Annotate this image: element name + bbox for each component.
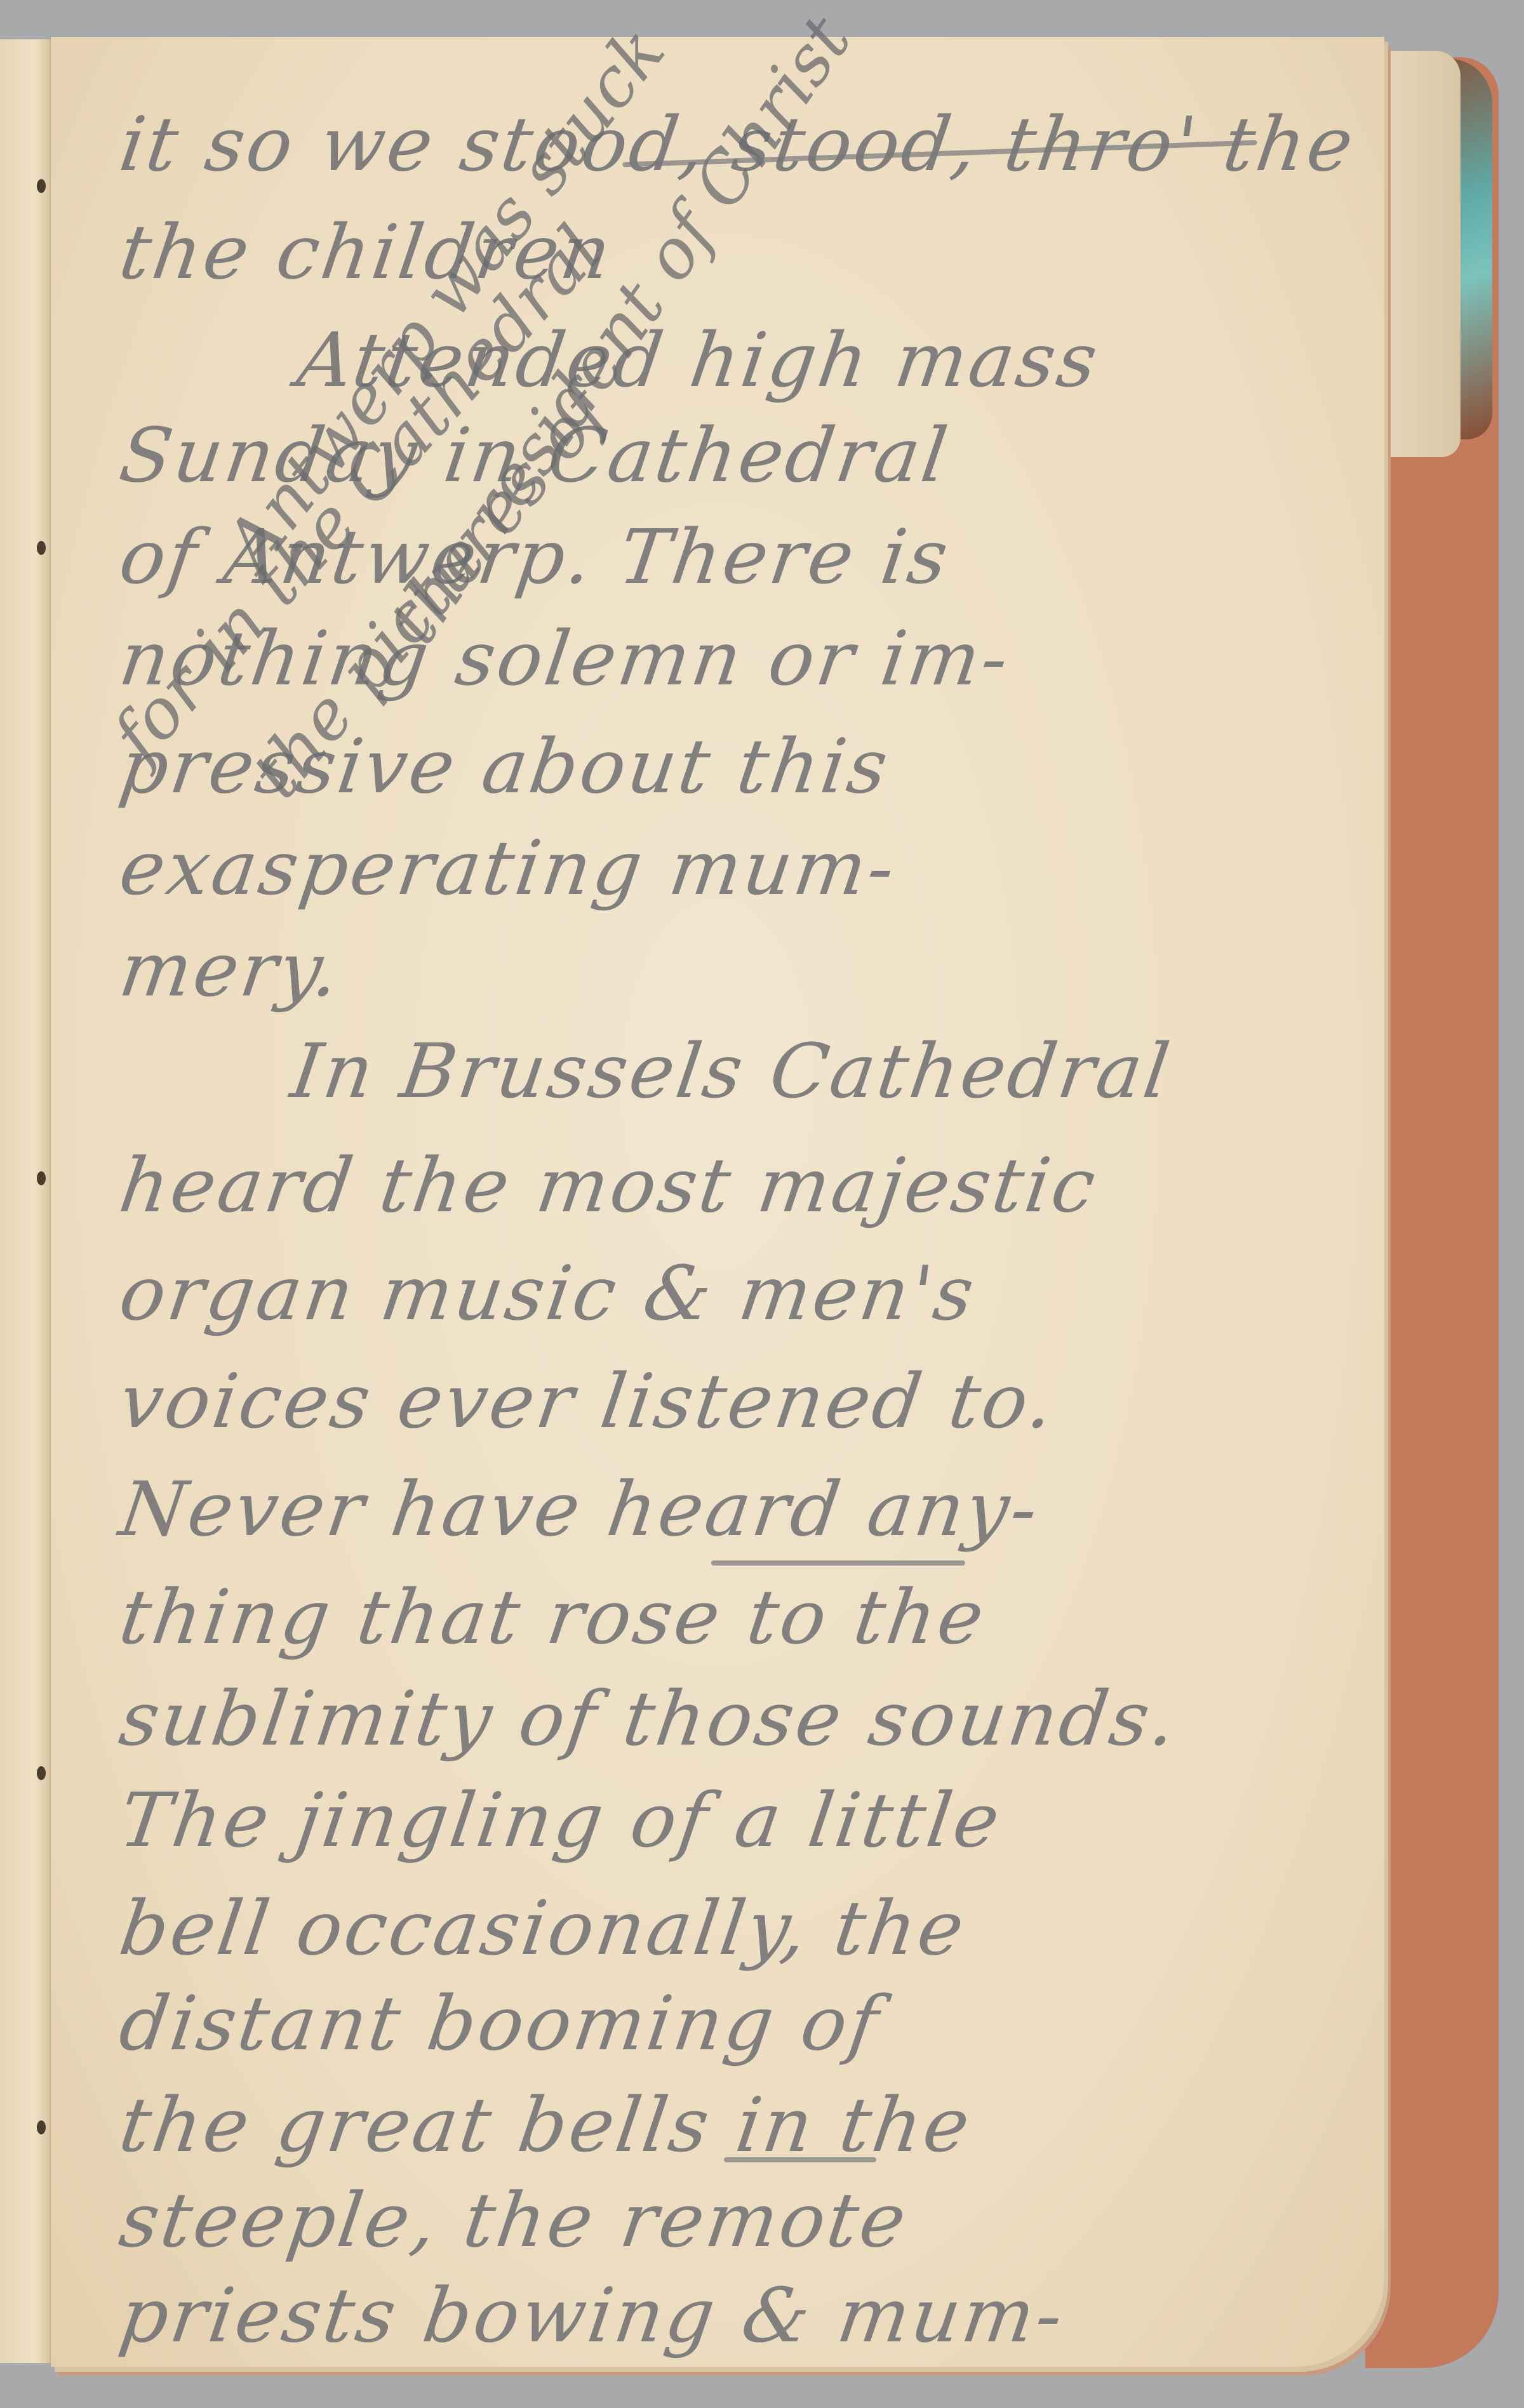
- handwritten-line: Never have heard any-: [114, 1465, 1045, 1553]
- notebook-page: it so we stood, stood, thro' the the chi…: [51, 37, 1384, 2367]
- left-page-edge: [0, 39, 51, 2363]
- handwritten-line: priests bowing & mum-: [114, 2272, 1071, 2359]
- handwritten-line: distant booming of: [114, 1979, 886, 2067]
- handwritten-line: bell occasionally, the: [114, 1884, 972, 1972]
- handwritten-line: exasperating mum-: [114, 824, 902, 912]
- handwritten-line: sublimity of those sounds.: [114, 1675, 1184, 1762]
- handwritten-line: pressive about this: [114, 722, 895, 810]
- handwritten-line: thing that rose to the: [114, 1573, 991, 1661]
- handwritten-line: In Brussels Cathedral: [286, 1027, 1177, 1115]
- binding-hole: [37, 1766, 46, 1780]
- handwritten-line: organ music & men's: [114, 1249, 981, 1337]
- handwritten-line: mery.: [114, 926, 347, 1013]
- binding-hole: [37, 1171, 46, 1185]
- binding-hole: [37, 179, 46, 193]
- handwritten-line: The jingling of a little: [114, 1776, 1007, 1864]
- handwritten-line: heard the most majestic: [114, 1141, 1103, 1229]
- binding-hole: [37, 541, 46, 555]
- handwritten-line: voices ever listened to.: [114, 1357, 1061, 1445]
- binding-hole: [37, 2120, 46, 2134]
- handwritten-line: steeple, the remote: [114, 2176, 913, 2264]
- strikethrough-line: [711, 1560, 965, 1566]
- handwritten-line: the great bells in the: [114, 2081, 977, 2169]
- strikethrough-line: [724, 2157, 876, 2162]
